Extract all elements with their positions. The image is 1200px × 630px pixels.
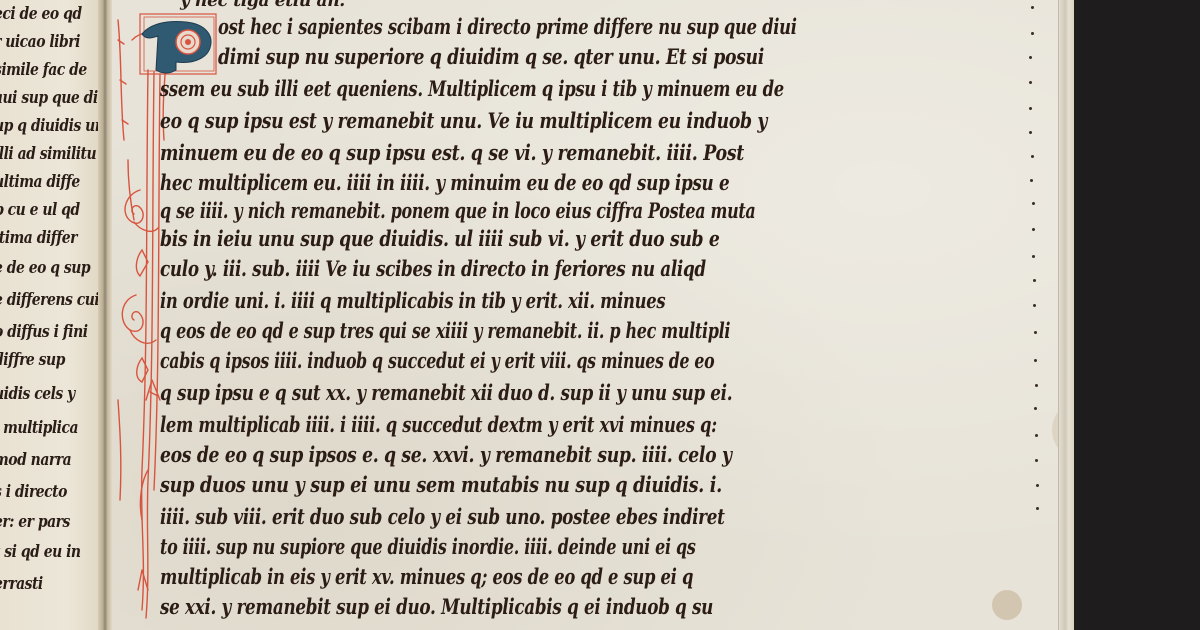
text-line: lem multiplicab iiii. i iiii. q succedut…	[160, 412, 717, 437]
left-text-line: eci de eo qd	[0, 4, 82, 24]
text-line: q eos de eo qd e sup tres qui se xiiii y…	[160, 318, 730, 343]
manuscript-photograph: eci de eo qd r uicao libri simile fac de…	[0, 0, 1200, 630]
parchment-stain	[992, 590, 1022, 620]
left-text-line: ultima diffe	[0, 172, 80, 192]
left-text-line: diffre sup	[0, 350, 65, 370]
left-text-line: errasti	[0, 574, 43, 594]
left-text-line: illi ad similitu	[0, 144, 96, 164]
text-line: hec multiplicem eu. iiii in iiii. y minu…	[160, 170, 729, 195]
page-edge	[1058, 0, 1075, 630]
left-text-line: e de eo q sup	[0, 258, 90, 278]
text-line: cabis q ipsos iiii. induob q succedut ei…	[160, 348, 714, 373]
text-line: ost hec i sapientes scibam i directo pri…	[218, 14, 797, 39]
text-line: se xxi. y remanebit sup ei duo. Multipli…	[160, 594, 713, 619]
text-line: sup duos unu y sup ei unu sem mutabis nu…	[160, 472, 722, 497]
left-text-line: er: er pars	[0, 512, 70, 532]
text-line: bis in ieiu unu sup que diuidis. ul iiii…	[160, 226, 720, 251]
left-text-line: p cu e ul qd	[0, 200, 80, 220]
text-line: minuem eu de eo q sup ipsu est. q se vi.…	[160, 140, 744, 165]
left-text-line: o diffus i fini	[0, 322, 88, 342]
decorated-initial-p: P	[136, 12, 220, 76]
text-line: eo q sup ipsu est y remanebit unu. Ve iu…	[160, 108, 767, 133]
text-line: to iiii. sup nu supiore que diuidis inor…	[160, 534, 696, 559]
text-line: culo y. iii. sub. iiii Ve iu scibes in d…	[160, 256, 706, 281]
text-line: eos de eo q sup ipsos e. q se. xxvi. y r…	[160, 442, 732, 467]
left-text-line: s i directo	[0, 482, 67, 502]
text-line: q se iiii. y nich remanebit. ponem que i…	[160, 198, 755, 223]
left-text-line: mod narra	[0, 450, 71, 470]
text-line: dimi sup nu superiore q diuidim q se. qt…	[218, 44, 764, 69]
top-fragment-line: y hec tiga etiu an.	[180, 0, 345, 11]
book-gutter	[98, 0, 112, 630]
text-line: iiii. sub viii. erit duo sub celo y ei s…	[160, 504, 725, 529]
left-text-line: up q diuidis una	[0, 116, 98, 136]
left-text-line: t si qd eu in	[0, 542, 81, 562]
text-line: in ordie uni. i. iiii q multiplicabis in…	[160, 288, 665, 313]
left-text-line: ltima differ	[0, 228, 77, 248]
left-text-line: r uicao libri	[0, 32, 80, 52]
dark-backdrop	[1074, 0, 1200, 630]
left-text-line: e differens cui	[0, 290, 98, 310]
left-text-line: uidis cels y	[0, 384, 75, 404]
text-line: multiplicab in eis y erit xv. minues q; …	[160, 564, 693, 589]
left-text-line: i multiplica	[0, 418, 78, 438]
text-line: q sup ipsu e q sut xx. y remanebit xii d…	[160, 380, 732, 405]
text-line: ssem eu sub illi eet queniens. Multiplic…	[160, 76, 784, 101]
left-text-line: aui sup que di	[0, 88, 98, 108]
left-folio: eci de eo qd r uicao libri simile fac de…	[0, 0, 98, 630]
left-text-line: simile fac de	[0, 60, 87, 80]
